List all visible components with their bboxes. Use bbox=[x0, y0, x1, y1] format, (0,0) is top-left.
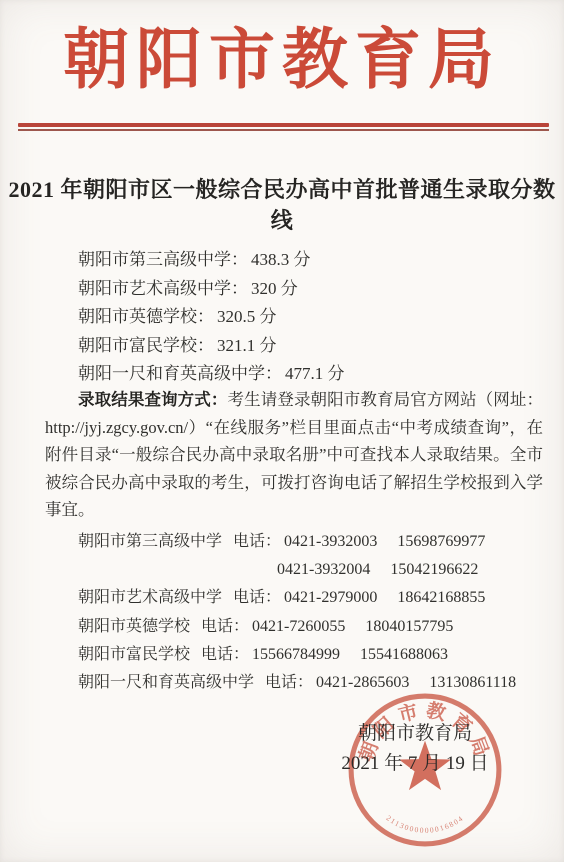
score-row: 朝阳市英德学校：320.5 分 bbox=[78, 303, 345, 332]
score-row: 朝阳市第三高级中学：438.3 分 bbox=[78, 246, 345, 275]
phone-number: 15541688063 bbox=[360, 646, 448, 663]
phone-number: 15698769977 bbox=[397, 533, 485, 550]
document-title: 2021 年朝阳市区一般综合民办高中首批普通生录取分数线 bbox=[0, 173, 564, 235]
notice-body-text: 考生请登录朝阳市教育局官方网站（网址：http://jyj.zgcy.gov.c… bbox=[45, 390, 543, 519]
phone-number: 0421-3932003 bbox=[284, 533, 377, 550]
letterhead-divider bbox=[18, 123, 549, 131]
phone-number: 0421-3932004 bbox=[277, 561, 370, 578]
letterhead-agency-title: 朝阳市教育局 bbox=[0, 6, 564, 101]
signature-date: 2021 年 7 月 19 日 bbox=[330, 749, 500, 779]
phone-number: 15042196622 bbox=[390, 561, 478, 578]
phone-number: 18040157795 bbox=[365, 618, 453, 635]
phone-label: 电话： bbox=[201, 618, 249, 635]
score-value: 438.3 分 bbox=[251, 250, 311, 269]
phone-number: 0421-2979000 bbox=[284, 589, 377, 606]
phone-number: 18642168855 bbox=[397, 589, 485, 606]
phone-number: 0421-7260055 bbox=[252, 618, 345, 635]
phone-label: 电话： bbox=[233, 533, 281, 550]
school-name: 朝阳一尺和育英高级中学 bbox=[78, 364, 265, 383]
school-name: 朝阳市艺术高级中学 bbox=[78, 589, 222, 606]
colon: ： bbox=[231, 279, 248, 298]
colon: ： bbox=[265, 364, 282, 383]
school-name: 朝阳市英德学校 bbox=[78, 307, 197, 326]
seal-code-text: 2113000000016804 bbox=[385, 813, 466, 834]
divider-thick-line bbox=[18, 123, 549, 127]
score-list: 朝阳市第三高级中学：438.3 分 朝阳市艺术高级中学：320 分 朝阳市英德学… bbox=[78, 246, 345, 389]
colon: ： bbox=[231, 250, 248, 269]
divider-thin-line bbox=[18, 129, 549, 131]
contact-row: 朝阳市艺术高级中学电话：0421-297900018642168855 bbox=[78, 584, 516, 612]
school-name: 朝阳一尺和育英高级中学 bbox=[78, 674, 254, 691]
contact-row: 朝阳市第三高级中学电话：0421-393200315698769977 bbox=[78, 528, 516, 556]
colon: ： bbox=[197, 307, 214, 326]
notice-lead-label: 录取结果查询方式： bbox=[78, 390, 228, 409]
phone-label: 电话： bbox=[265, 674, 313, 691]
phone-label: 电话： bbox=[201, 646, 249, 663]
school-name: 朝阳市艺术高级中学 bbox=[78, 279, 231, 298]
school-name: 朝阳市英德学校 bbox=[78, 618, 190, 635]
score-value: 320 分 bbox=[251, 279, 298, 298]
score-row: 朝阳一尺和育英高级中学：477.1 分 bbox=[78, 360, 345, 389]
contact-row-continuation: 0421-393200415042196622 bbox=[274, 556, 516, 584]
score-value: 320.5 分 bbox=[217, 307, 277, 326]
colon: ： bbox=[197, 336, 214, 355]
school-name: 朝阳市第三高级中学 bbox=[78, 250, 231, 269]
phone-number: 15566784999 bbox=[252, 646, 340, 663]
svg-text:2113000000016804: 2113000000016804 bbox=[385, 813, 466, 834]
contact-list: 朝阳市第三高级中学电话：0421-393200315698769977 0421… bbox=[78, 528, 516, 697]
signature-block: 朝阳市教育局 2021 年 7 月 19 日 bbox=[330, 719, 500, 778]
contact-row: 朝阳市英德学校电话：0421-726005518040157795 bbox=[78, 613, 516, 641]
contact-row: 朝阳市富民学校电话：1556678499915541688063 bbox=[78, 641, 516, 669]
score-row: 朝阳市富民学校：321.1 分 bbox=[78, 332, 345, 361]
phone-label: 电话： bbox=[233, 589, 281, 606]
score-value: 477.1 分 bbox=[285, 364, 345, 383]
score-row: 朝阳市艺术高级中学：320 分 bbox=[78, 275, 345, 304]
school-name: 朝阳市富民学校 bbox=[78, 336, 197, 355]
school-name: 朝阳市第三高级中学 bbox=[78, 533, 222, 550]
signature-agency: 朝阳市教育局 bbox=[330, 719, 500, 749]
score-value: 321.1 分 bbox=[217, 336, 277, 355]
result-query-notice: 录取结果查询方式：考生请登录朝阳市教育局官方网站（网址：http://jyj.z… bbox=[45, 386, 543, 524]
school-name: 朝阳市富民学校 bbox=[78, 646, 190, 663]
scanned-document: 朝阳市教育局 2021 年朝阳市区一般综合民办高中首批普通生录取分数线 朝阳市第… bbox=[0, 0, 564, 862]
